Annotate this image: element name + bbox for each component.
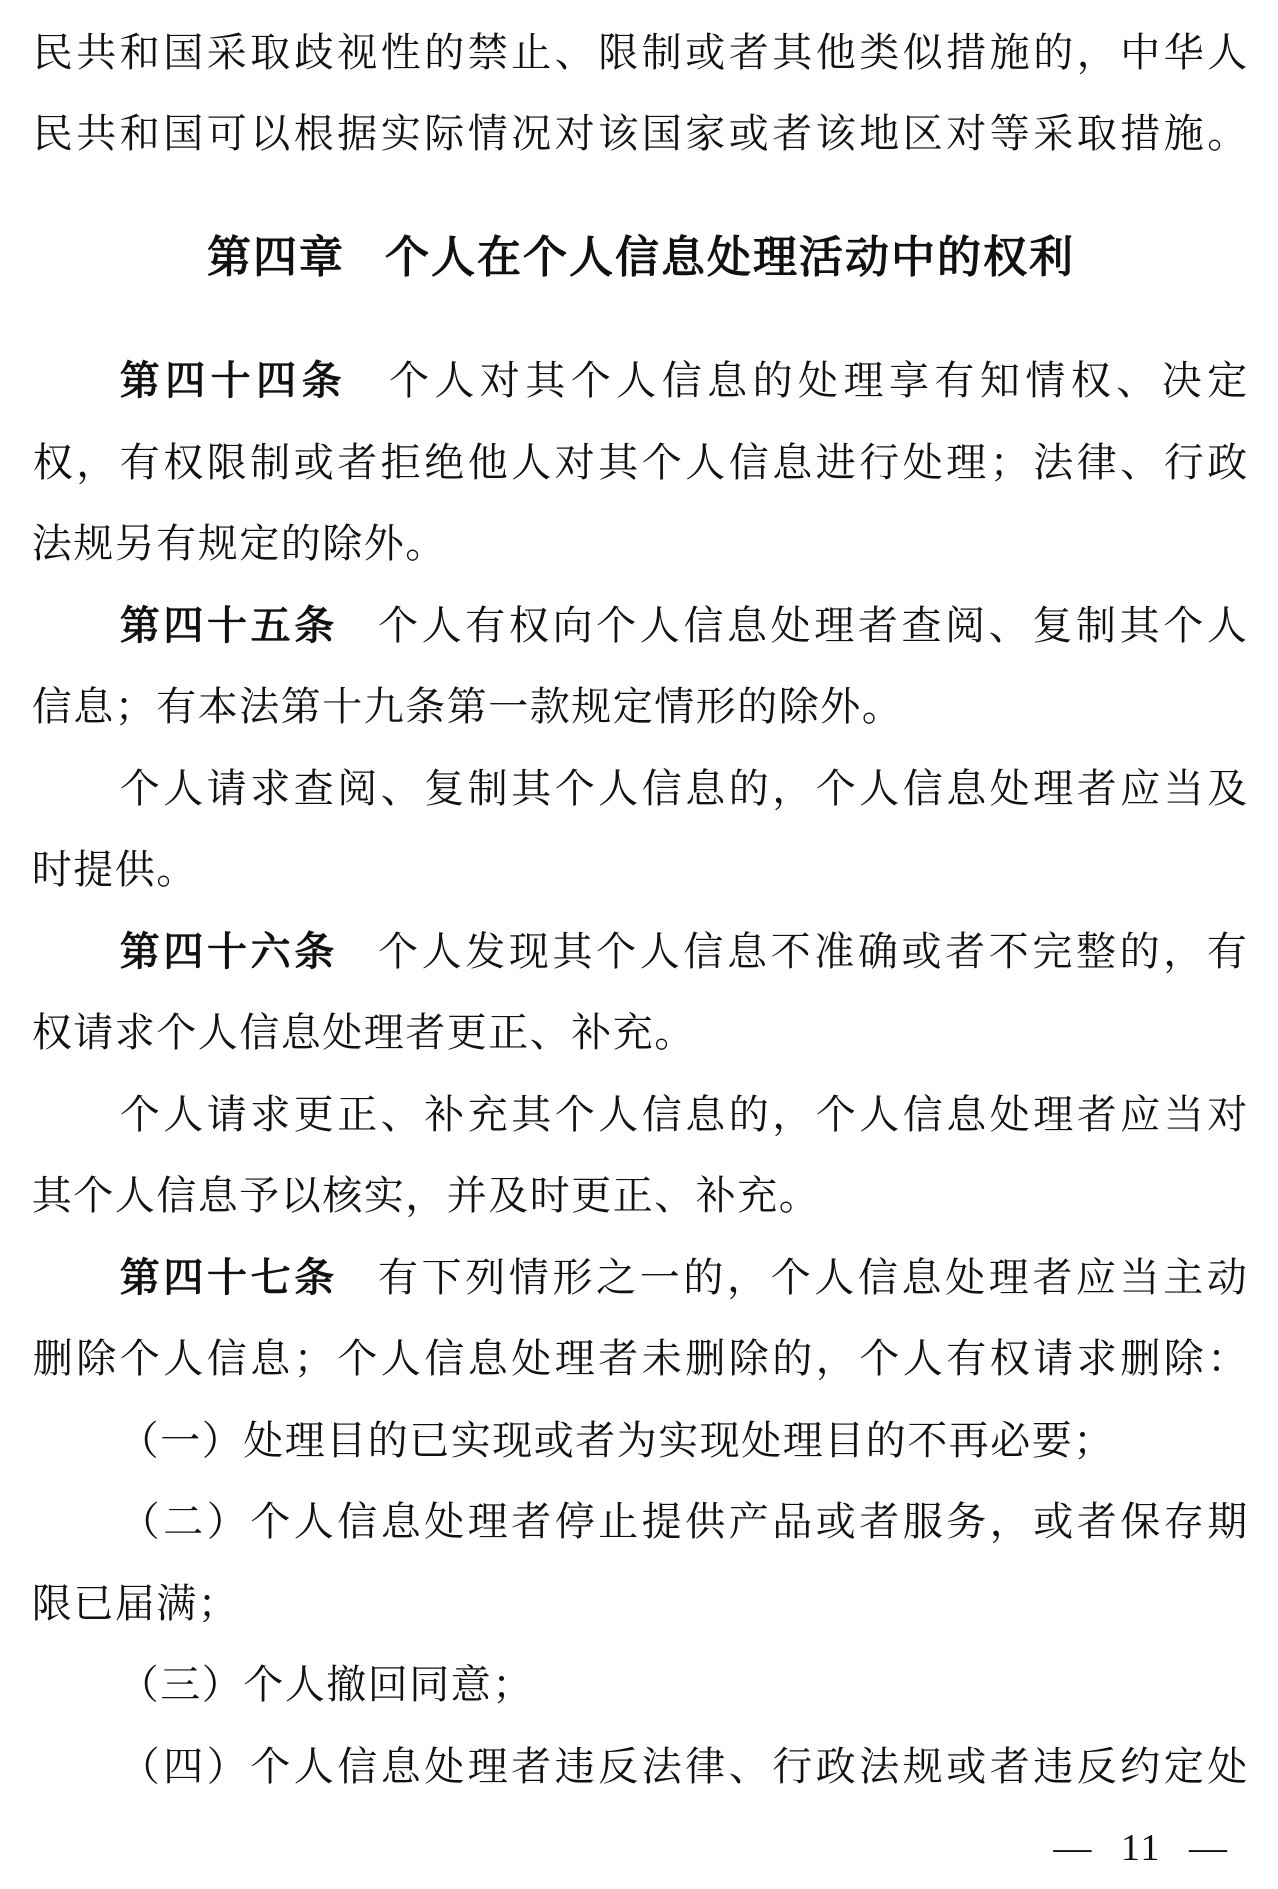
text-line: 权，有权限制或者拒绝他人对其个人信息进行处理；法律、行政 (31, 422, 1249, 504)
document-page: 民共和国采取歧视性的禁止、限制或者其他类似措施的，中华人民共和国可以根据实际情况… (0, 0, 1278, 1889)
article-opening-line: 第四十六条个人发现其个人信息不准确或者不完整的，有 (31, 911, 1249, 993)
text-line: 权请求个人信息处理者更正、补充。 (31, 993, 1249, 1075)
text-line: （三）个人撤回同意； (31, 1645, 1249, 1727)
text-line: （四）个人信息处理者违反法律、行政法规或者违反约定处 (31, 1726, 1249, 1808)
text-line: 时提供。 (31, 830, 1249, 912)
article-opening-line: 第四十七条有下列情形之一的，个人信息处理者应当主动 (31, 1237, 1249, 1319)
text-line: 删除个人信息；个人信息处理者未删除的，个人有权请求删除： (31, 1319, 1249, 1401)
text-line: 法规另有规定的除外。 (31, 504, 1249, 586)
document-lines: 民共和国采取歧视性的禁止、限制或者其他类似措施的，中华人民共和国可以根据实际情况… (31, 12, 1249, 1808)
text-line: 个人请求查阅、复制其个人信息的，个人信息处理者应当及 (31, 748, 1249, 830)
text-line: 个人请求更正、补充其个人信息的，个人信息处理者应当对 (31, 1074, 1249, 1156)
article-opening-line: 第四十四条个人对其个人信息的处理享有知情权、决定 (31, 341, 1249, 423)
text-line: 民共和国采取歧视性的禁止、限制或者其他类似措施的，中华人 (31, 12, 1249, 94)
article-opening-line: 第四十五条个人有权向个人信息处理者查阅、复制其个人 (31, 585, 1249, 667)
text-line: （二）个人信息处理者停止提供产品或者服务，或者保存期 (31, 1482, 1249, 1564)
text-line: 信息；有本法第十九条第一款规定情形的除外。 (31, 667, 1249, 749)
chapter-heading: 第四章个人在个人信息处理活动中的权利 (31, 217, 1249, 299)
text-line: 其个人信息予以核实，并及时更正、补充。 (31, 1156, 1249, 1238)
text-line: 民共和国可以根据实际情况对该国家或者该地区对等采取措施。 (31, 94, 1249, 176)
page-number: — 11 — (31, 1808, 1249, 1889)
text-line: （一）处理目的已实现或者为实现处理目的不再必要； (31, 1400, 1249, 1482)
text-line: 限已届满； (31, 1563, 1249, 1645)
